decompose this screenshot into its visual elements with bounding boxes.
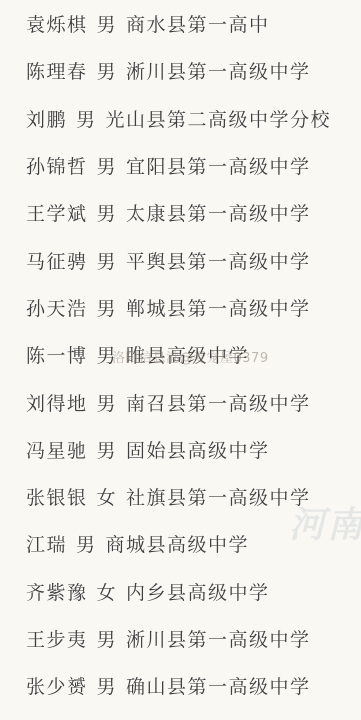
student-row: 刘鹏 男 光山县第二高级中学分校 (26, 95, 361, 142)
student-row: 孙天浩 男 郸城县第一高级中学 (26, 284, 361, 331)
student-row: 冯星驰 男 固始县高级中学 (26, 426, 361, 473)
student-name: 张少赟 (26, 672, 88, 699)
student-gender: 男 (97, 199, 118, 226)
student-row: 江瑞 男 商城县高级中学 (26, 520, 361, 567)
student-gender: 男 (97, 247, 118, 274)
student-school: 淅川县第一高级中学 (126, 625, 311, 652)
student-row: 张银银 女 社旗县第一高级中学 (26, 473, 361, 520)
student-gender: 男 (97, 294, 118, 321)
student-gender: 男 (76, 105, 97, 132)
student-gender: 男 (97, 625, 118, 652)
student-school: 睢县高级中学 (126, 341, 249, 368)
student-name: 孙锦哲 (26, 152, 88, 179)
student-row: 张少赟 男 确山县第一高级中学 (26, 662, 361, 709)
student-gender: 女 (97, 578, 118, 605)
student-gender: 男 (76, 530, 97, 557)
student-row: 马征骋 男 平舆县第一高级中学 (26, 236, 361, 283)
student-school: 平舆县第一高级中学 (126, 247, 311, 274)
student-name: 刘得地 (26, 389, 88, 416)
student-row: 齐紫豫 女 内乡县高级中学 (26, 568, 361, 615)
student-gender: 男 (97, 10, 118, 37)
student-row: 陈一博 男 睢县高级中学 (26, 331, 361, 378)
student-row: 王学斌 男 太康县第一高级中学 (26, 189, 361, 236)
student-name: 刘鹏 (26, 105, 67, 132)
student-row: 袁烁棋 男 商水县第一高中 (26, 0, 361, 47)
student-school: 南召县第一高级中学 (126, 389, 311, 416)
student-school: 内乡县高级中学 (126, 578, 270, 605)
student-school: 宜阳县第一高级中学 (126, 152, 311, 179)
student-school: 太康县第一高级中学 (126, 199, 311, 226)
student-name: 陈一博 (26, 341, 88, 368)
student-school: 淅川县第一高级中学 (126, 57, 311, 84)
student-gender: 男 (97, 341, 118, 368)
student-name: 王步夷 (26, 625, 88, 652)
student-gender: 男 (97, 57, 118, 84)
student-name: 王学斌 (26, 199, 88, 226)
student-school: 商城县高级中学 (106, 530, 250, 557)
student-row: 王步夷 男 淅川县第一高级中学 (26, 615, 361, 662)
student-name: 袁烁棋 (26, 10, 88, 37)
student-name: 马征骋 (26, 247, 88, 274)
student-row: 陈理春 男 淅川县第一高级中学 (26, 47, 361, 94)
student-school: 商水县第一高中 (126, 10, 270, 37)
student-row: 刘得地 男 南召县第一高级中学 (26, 378, 361, 425)
student-gender: 男 (97, 389, 118, 416)
student-row: 孙锦哲 男 宜阳县第一高级中学 (26, 142, 361, 189)
student-gender: 男 (97, 152, 118, 179)
student-school: 郸城县第一高级中学 (126, 294, 311, 321)
student-name: 陈理春 (26, 57, 88, 84)
student-name: 齐紫豫 (26, 578, 88, 605)
student-gender: 男 (97, 672, 118, 699)
student-name: 孙天浩 (26, 294, 88, 321)
student-roster: 袁烁棋 男 商水县第一高中 陈理春 男 淅川县第一高级中学 刘鹏 男 光山县第二… (0, 0, 361, 720)
student-school: 确山县第一高级中学 (126, 672, 311, 699)
student-name: 冯星驰 (26, 436, 88, 463)
student-gender: 女 (97, 483, 118, 510)
student-school: 固始县高级中学 (126, 436, 270, 463)
student-school: 社旗县第一高级中学 (126, 483, 311, 510)
student-name: 江瑞 (26, 530, 67, 557)
student-school: 光山县第二高级中学分校 (106, 105, 332, 132)
student-name: 张银银 (26, 483, 88, 510)
student-gender: 男 (97, 436, 118, 463)
